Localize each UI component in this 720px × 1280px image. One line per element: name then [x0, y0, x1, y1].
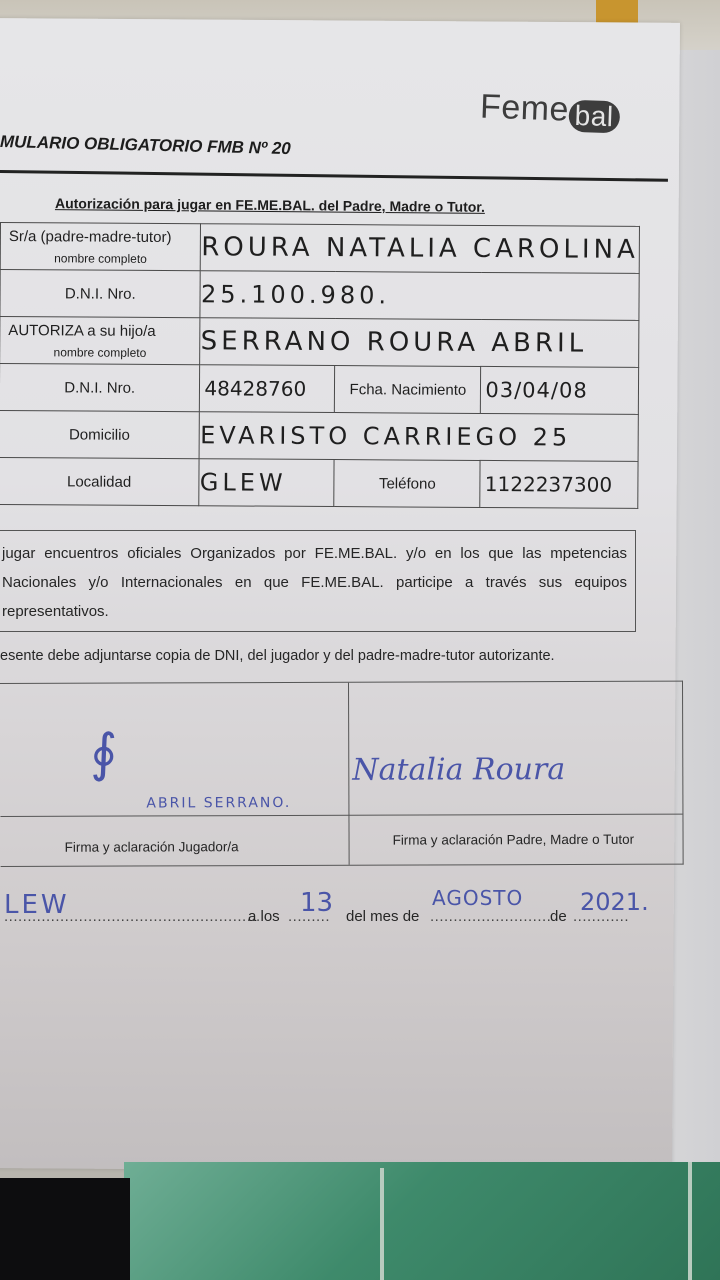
phone-field[interactable]: 1122237300 [480, 460, 638, 508]
guardian-sublabel: nombre completo [1, 251, 201, 266]
tile-grout [688, 1162, 692, 1280]
authorization-form-table: Sr/a (padre-madre-tutor) nombre completo… [0, 222, 640, 509]
month-dots: .......................... [430, 908, 551, 925]
player-signature[interactable]: ∮ [90, 724, 117, 784]
child-label-cell: AUTORIZA a su hijo/a nombre completo [0, 317, 200, 365]
guardian-dni-field[interactable]: 25.100.980. [200, 271, 639, 321]
attachment-note: esente debe adjuntarse copia de DNI, del… [0, 648, 555, 664]
signature-box: ∮ ABRIL SERRANO. Natalia Roura Firma y a… [0, 681, 684, 867]
guardian-label-cell: Sr/a (padre-madre-tutor) nombre completo [0, 223, 201, 271]
signature-divider [348, 683, 350, 865]
child-dni-field[interactable]: 48428760 [200, 365, 335, 413]
birthdate-label: Fcha. Nacimiento [335, 366, 481, 414]
guardian-label: Sr/a (padre-madre-tutor) [9, 228, 172, 246]
table-row: AUTORIZA a su hijo/a nombre completo SER… [0, 317, 639, 368]
child-sublabel: nombre completo [0, 345, 200, 360]
tile-grout [380, 1168, 384, 1280]
signature-divider [0, 814, 682, 817]
year-label: de [550, 908, 567, 925]
address-label: Domicilio [0, 410, 200, 458]
birthdate-field[interactable]: 03/04/08 [481, 366, 639, 414]
guardian-dni-label: D.N.I. Nro. [0, 270, 201, 318]
a-los-label: a los [248, 908, 280, 925]
guardian-signature[interactable]: Natalia Roura [352, 752, 565, 788]
table-row: Localidad GLEW Teléfono 1122237300 [0, 457, 638, 508]
logo-text: Feme [479, 88, 569, 129]
year-field[interactable]: 2021. [580, 888, 649, 916]
locality-field[interactable]: GLEW [199, 459, 334, 507]
table-row: D.N.I. Nro. 25.100.980. [0, 270, 639, 321]
table-row: Sr/a (padre-madre-tutor) nombre completo… [0, 223, 639, 274]
child-label: AUTORIZA a su hijo/a [8, 322, 155, 340]
player-clarification: ABRIL SERRANO. [146, 795, 291, 812]
authorization-text: jugar encuentros oficiales Organizados p… [0, 530, 636, 632]
logo-ball-icon: bal [568, 100, 620, 134]
month-field[interactable]: AGOSTO [432, 886, 523, 910]
child-name-field[interactable]: SERRANO ROURA ABRIL [200, 318, 639, 368]
month-label: del mes de [346, 908, 419, 925]
guardian-name-field[interactable]: ROURA NATALIA CAROLINA [201, 224, 640, 274]
floor-tile [124, 1162, 720, 1280]
player-signature-label: Firma y aclaración Jugador/a [65, 839, 239, 855]
day-field[interactable]: 13 [300, 888, 333, 918]
table-row: D.N.I. Nro. 48428760 Fcha. Nacimiento 03… [0, 364, 639, 415]
place-dots: ........................................… [4, 908, 261, 925]
child-dni-label: D.N.I. Nro. [0, 364, 200, 412]
address-field[interactable]: EVARISTO CARRIEGO 25 [199, 412, 638, 462]
table-row: Domicilio EVARISTO CARRIEGO 25 [0, 410, 638, 461]
dark-object [0, 1178, 130, 1280]
phone-label: Teléfono [334, 460, 480, 508]
locality-label: Localidad [0, 457, 199, 505]
guardian-signature-label: Firma y aclaración Padre, Madre o Tutor [393, 832, 635, 848]
femebal-logo: Femebal [479, 88, 620, 134]
